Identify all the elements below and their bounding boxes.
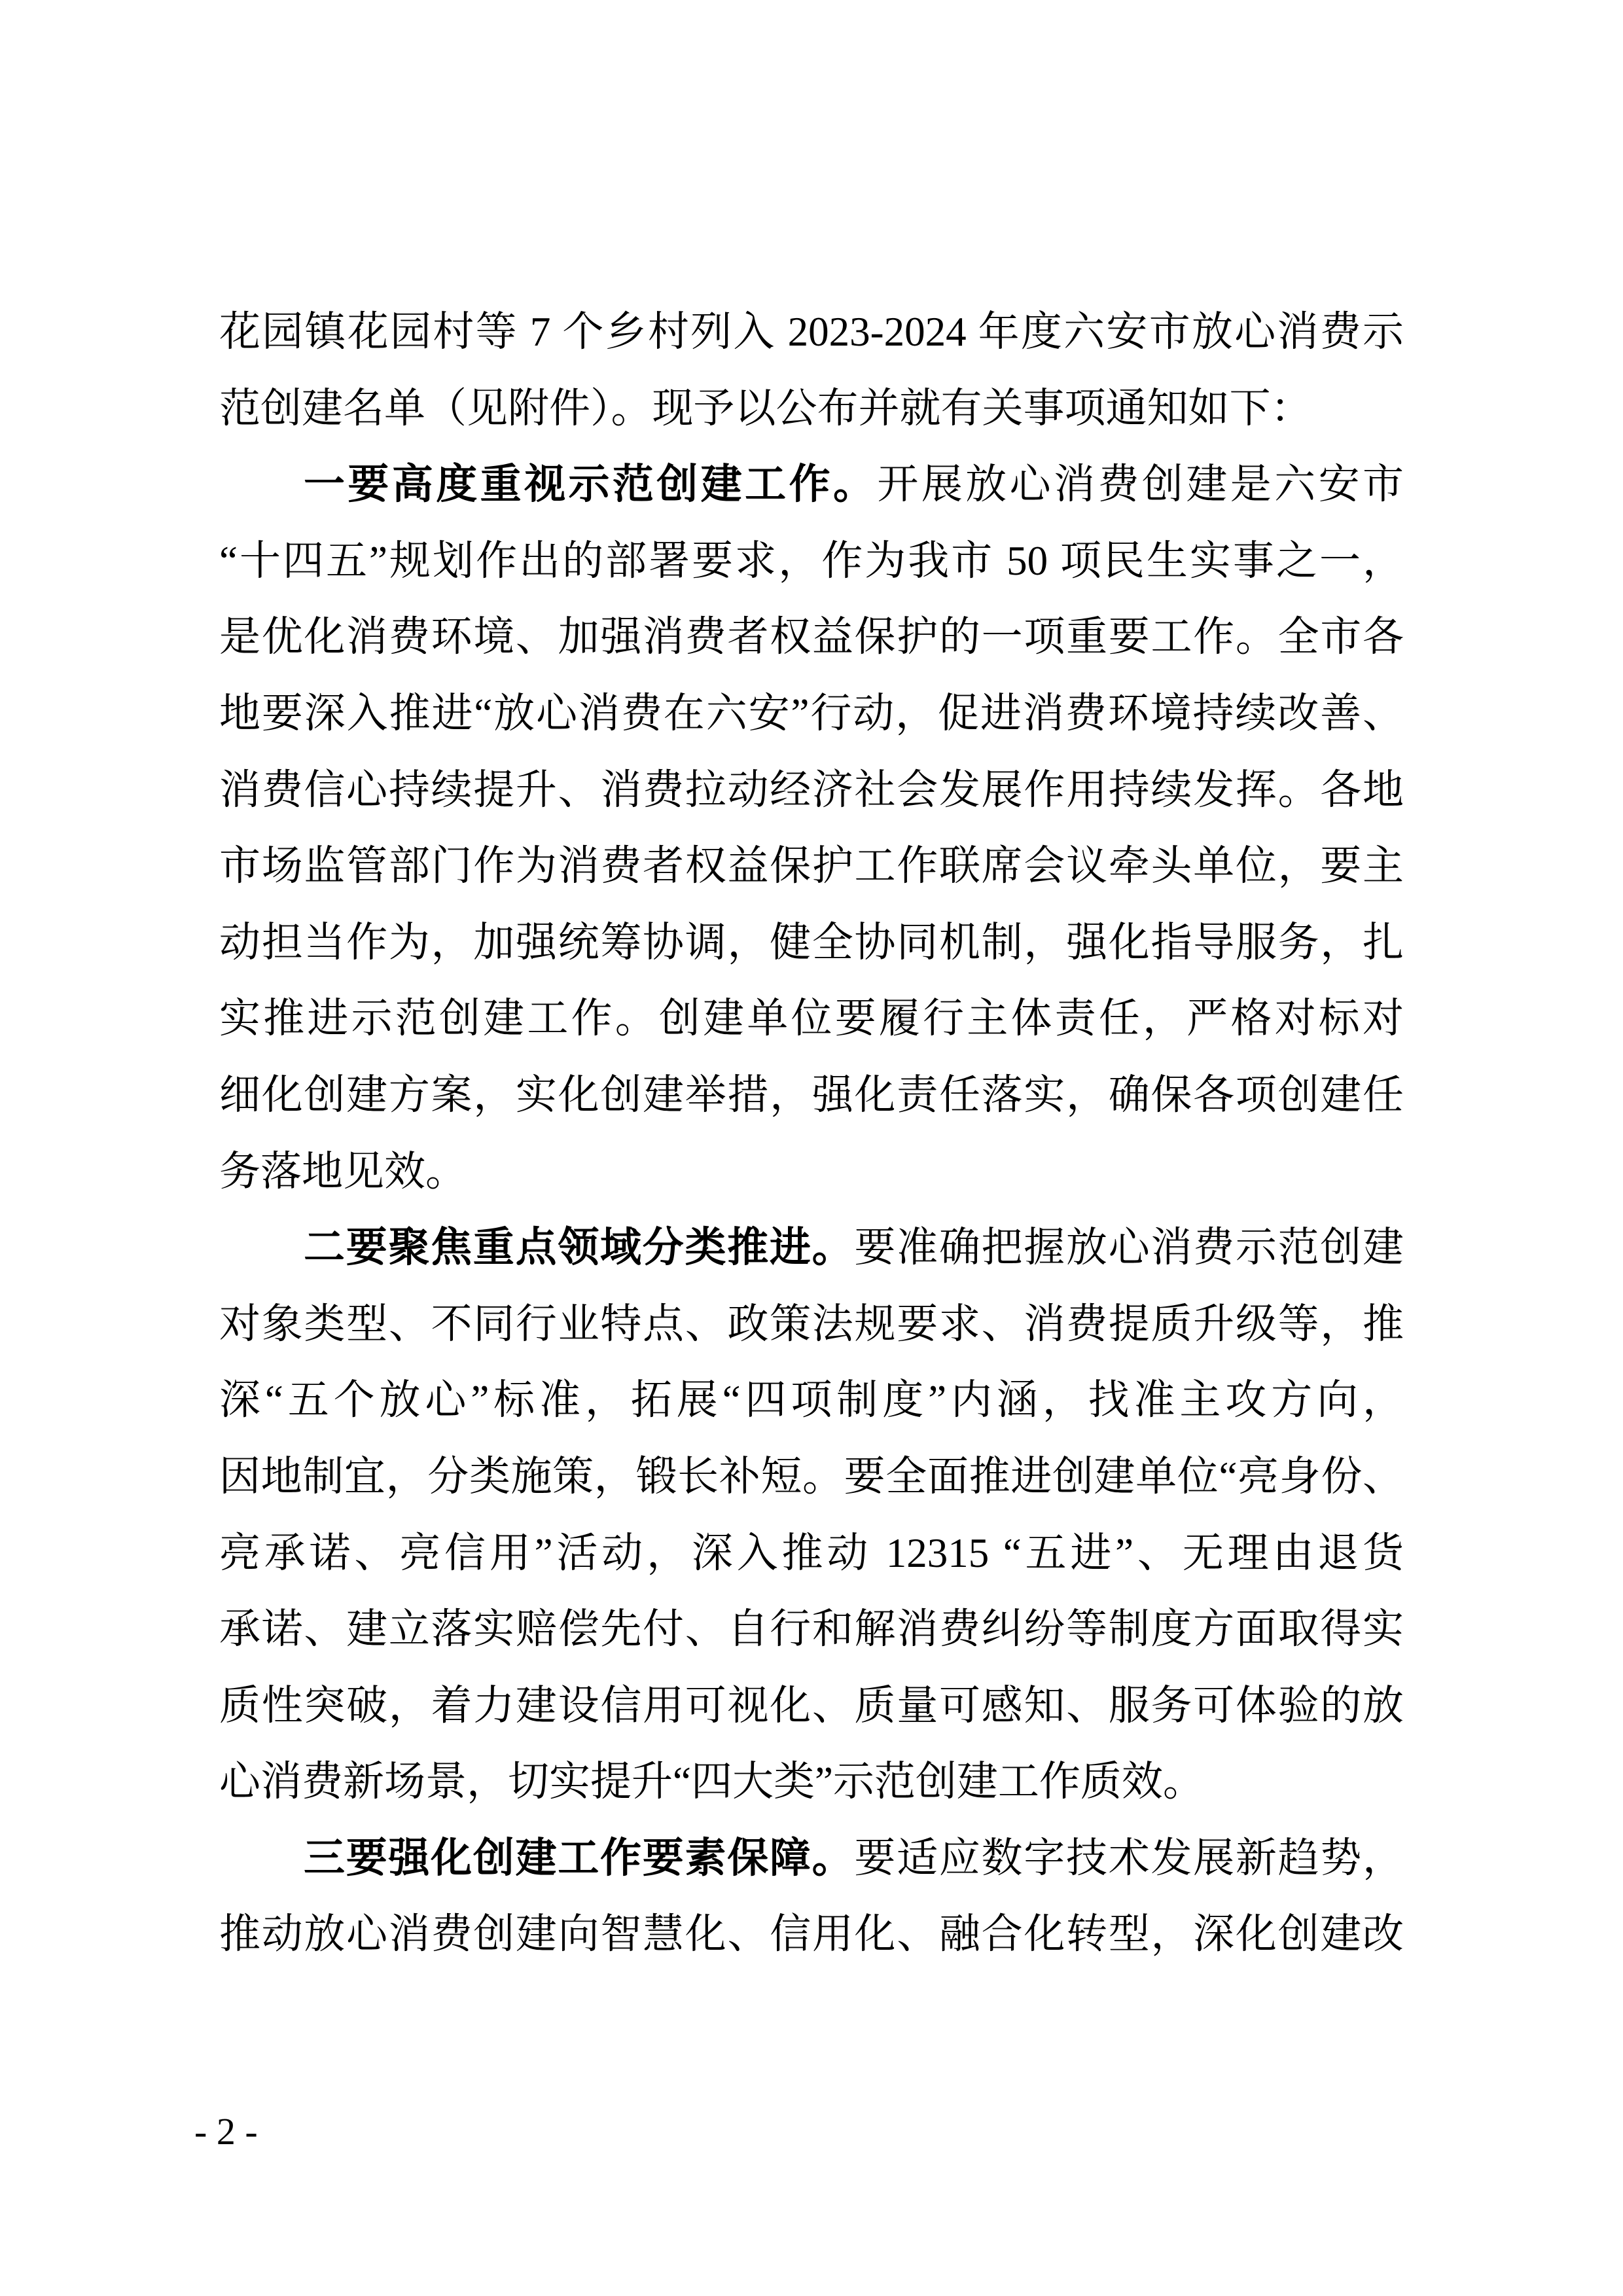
body-line-text: 因地制宜，分类施策，锻长补短。要全面推进创建单位“亮身份、 — [219, 1454, 1404, 1499]
document-page: 花园镇花园村等 7 个乡村列入 2023-2024 年度六安市放心消费示范创建名… — [0, 0, 1623, 2296]
body-line-19: 质性突破，着力建设信用可视化、质量可感知、服务可体验的放 — [219, 1668, 1404, 1744]
body-line-text: 花园镇花园村等 7 个乡村列入 2023-2024 年度六安市放心消费示 — [219, 309, 1404, 355]
body-line-text: “十四五”规划作出的部署要求，作为我市 50 项民生实事之一， — [219, 538, 1404, 584]
body-line-20: 心消费新场景，切实提升“四大类”示范创建工作质效。 — [219, 1744, 1404, 1820]
body-line-22: 推动放心消费创建向智慧化、信用化、融合化转型，深化创建改 — [219, 1896, 1404, 1973]
body-line-text: 深“五个放心”标准，拓展“四项制度”内涵，找准主攻方向， — [219, 1377, 1404, 1423]
body-line-text: 亮承诺、亮信用”活动，深入推动 12315 “五进”、无理由退货 — [219, 1530, 1404, 1576]
body-line-4: “十四五”规划作出的部署要求，作为我市 50 项民生实事之一， — [219, 523, 1404, 600]
body-line-3: 一要高度重视示范创建工作。开展放心消费创建是六安市 — [219, 446, 1404, 523]
section-heading-bold: 一要高度重视示范创建工作。 — [304, 460, 877, 508]
body-line-9: 动担当作为，加强统筹协调，健全协同机制，强化指导服务，扎 — [219, 905, 1404, 981]
page-number: - 2 - — [194, 2113, 258, 2151]
section-heading-bold: 三要强化创建工作要素保障。 — [304, 1834, 854, 1882]
body-line-text: 质性突破，着力建设信用可视化、质量可感知、服务可体验的放 — [219, 1683, 1404, 1729]
body-line-21: 三要强化创建工作要素保障。要适应数字技术发展新趋势， — [219, 1820, 1404, 1897]
body-line-12: 务落地见效。 — [219, 1134, 1404, 1210]
body-line-11: 细化创建方案，实化创建举措，强化责任落实，确保各项创建任 — [219, 1057, 1404, 1134]
body-line-text: 开展放心消费创建是六安市 — [877, 461, 1404, 507]
body-line-text: 心消费新场景，切实提升“四大类”示范创建工作质效。 — [219, 1759, 1204, 1804]
body-line-text: 务落地见效。 — [219, 1149, 467, 1194]
body-line-text: 市场监管部门作为消费者权益保护工作联席会议牵头单位，要主 — [219, 843, 1404, 889]
body-line-text: 要适应数字技术发展新趋势， — [854, 1835, 1404, 1881]
body-line-text: 推动放心消费创建向智慧化、信用化、融合化转型，深化创建改 — [219, 1911, 1404, 1957]
body-line-10: 实推进示范创建工作。创建单位要履行主体责任，严格对标对表， — [219, 980, 1404, 1057]
body-line-text: 动担当作为，加强统筹协调，健全协同机制，强化指导服务，扎 — [219, 920, 1404, 965]
body-line-text: 范创建名单（见附件）。现予以公布并就有关事项通知如下： — [219, 386, 1312, 431]
section-heading-bold: 二要聚焦重点领域分类推进。 — [304, 1223, 854, 1271]
body-line-18: 承诺、建立落实赔偿先付、自行和解消费纠纷等制度方面取得实 — [219, 1591, 1404, 1668]
body-line-text: 对象类型、不同行业特点、政策法规要求、消费提质升级等，推 — [219, 1301, 1404, 1347]
document-body: 花园镇花园村等 7 个乡村列入 2023-2024 年度六安市放心消费示范创建名… — [219, 294, 1404, 1973]
body-line-1: 花园镇花园村等 7 个乡村列入 2023-2024 年度六安市放心消费示 — [219, 294, 1404, 370]
body-line-text: 细化创建方案，实化创建举措，强化责任落实，确保各项创建任 — [219, 1072, 1404, 1118]
body-line-5: 是优化消费环境、加强消费者权益保护的一项重要工作。全市各 — [219, 599, 1404, 675]
body-line-13: 二要聚焦重点领域分类推进。要准确把握放心消费示范创建 — [219, 1210, 1404, 1286]
body-line-text: 是优化消费环境、加强消费者权益保护的一项重要工作。全市各 — [219, 614, 1404, 660]
body-line-text: 要准确把握放心消费示范创建 — [854, 1225, 1404, 1270]
body-line-8: 市场监管部门作为消费者权益保护工作联席会议牵头单位，要主 — [219, 828, 1404, 905]
body-line-text: 地要深入推进“放心消费在六安”行动，促进消费环境持续改善、 — [219, 691, 1404, 736]
body-line-text: 消费信心持续提升、消费拉动经济社会发展作用持续发挥。各地 — [219, 767, 1404, 813]
body-line-6: 地要深入推进“放心消费在六安”行动，促进消费环境持续改善、 — [219, 675, 1404, 752]
body-line-2: 范创建名单（见附件）。现予以公布并就有关事项通知如下： — [219, 370, 1404, 447]
body-line-7: 消费信心持续提升、消费拉动经济社会发展作用持续发挥。各地 — [219, 752, 1404, 829]
body-line-15: 深“五个放心”标准，拓展“四项制度”内涵，找准主攻方向， — [219, 1362, 1404, 1439]
body-line-text: 实推进示范创建工作。创建单位要履行主体责任，严格对标对表， — [219, 996, 1404, 1057]
body-line-text: 承诺、建立落实赔偿先付、自行和解消费纠纷等制度方面取得实 — [219, 1606, 1404, 1652]
body-line-16: 因地制宜，分类施策，锻长补短。要全面推进创建单位“亮身份、 — [219, 1439, 1404, 1515]
body-line-17: 亮承诺、亮信用”活动，深入推动 12315 “五进”、无理由退货 — [219, 1515, 1404, 1592]
body-line-14: 对象类型、不同行业特点、政策法规要求、消费提质升级等，推 — [219, 1286, 1404, 1363]
